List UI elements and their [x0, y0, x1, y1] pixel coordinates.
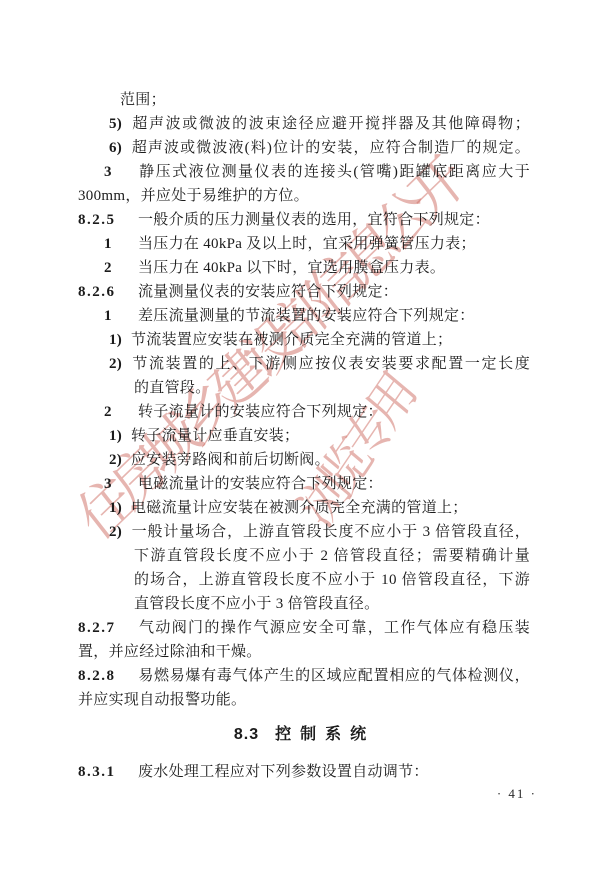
- text-line: 8.2.5一般介质的压力测量仪表的选用，宜符合下列规定：: [78, 208, 530, 232]
- text-run: 电磁流量计应安装在被测介质完全充满的管道上；: [131, 500, 468, 516]
- clause-number: 8.2.7: [78, 616, 138, 640]
- text-line: 的场合，上游直管段长度不应小于 10 倍管段直径，下游: [78, 568, 530, 592]
- text-run: 一般计量场合，上游直管段长度不应小于 3 倍管段直径，: [131, 524, 530, 540]
- item-number: 5): [109, 112, 131, 136]
- text-line: 3电磁流量计的安装应符合下列规定：: [78, 472, 530, 496]
- text-run: 节流装置的上、下游侧应按仪表安装要求配置一定长度: [131, 356, 530, 372]
- text-line: 并应实现自动报警功能。: [78, 688, 530, 712]
- text-line: 8.2.7气动阀门的操作气源应安全可靠，工作气体应有稳压装: [78, 616, 530, 640]
- page-number: · 41 ·: [497, 786, 537, 802]
- text-line: 5)超声波或微波的波束途径应避开搅拌器及其他障碍物；: [78, 112, 530, 136]
- text-line: 2)节流装置的上、下游侧应按仪表安装要求配置一定长度: [78, 352, 530, 376]
- text-run: 转子流量计应垂直安装；: [131, 428, 299, 444]
- text-run: 电磁流量计的安装应符合下列规定：: [138, 476, 383, 492]
- section-title: 控制系统: [275, 726, 375, 743]
- text-line: 2当压力在 40kPa 以下时，宜选用膜盒压力表。: [78, 256, 530, 280]
- text-line: 1)转子流量计应垂直安装；: [78, 424, 530, 448]
- clause-number: 8.3.1: [78, 760, 138, 784]
- text-line: 8.2.8易燃易爆有毒气体产生的区域应配置相应的气体检测仪，: [78, 664, 530, 688]
- clause-number: 8.2.8: [78, 664, 138, 688]
- text-run: 超声波或微波液(料)位计的安装，应符合制造厂的规定。: [131, 140, 530, 156]
- item-number: 2): [109, 448, 131, 472]
- text-line: 8.2.6流量测量仪表的安装应符合下列规定：: [78, 280, 530, 304]
- section-heading: 8.3控制系统: [0, 723, 600, 747]
- text-line: 置，并应经过除油和干燥。: [78, 640, 530, 664]
- text-line: 3静压式液位测量仪表的连接头(管嘴)距罐底距离应大于: [78, 160, 530, 184]
- text-line: 1差压流量测量的节流装置的安装应符合下列规定：: [78, 304, 530, 328]
- item-number: 2): [109, 520, 131, 544]
- text-run: 300mm，并应处于易维护的方位。: [78, 188, 309, 204]
- text-line: 1)节流装置应安装在被测介质完全充满的管道上；: [78, 328, 530, 352]
- item-number: 1): [109, 424, 131, 448]
- text-line: 1当压力在 40kPa 及以上时，宜采用弹簧管压力表；: [78, 232, 530, 256]
- document-page: 住房城乡建设部信息公开 浏览专用 范围；5)超声波或微波的波束途径应避开搅拌器及…: [0, 0, 600, 870]
- text-run: 超声波或微波的波束途径应避开搅拌器及其他障碍物；: [131, 116, 530, 132]
- text-run: 直管段长度不应小于 3 倍管段直径。: [134, 596, 379, 612]
- text-run: 当压力在 40kPa 以下时，宜选用膜盒压力表。: [138, 260, 445, 276]
- clause-number: 8.2.5: [78, 208, 138, 232]
- item-number: 2: [104, 400, 138, 424]
- text-line: 6)超声波或微波液(料)位计的安装，应符合制造厂的规定。: [78, 136, 530, 160]
- section-number: 8.3: [234, 726, 259, 743]
- item-number: 2: [104, 256, 138, 280]
- text-run: 气动阀门的操作气源应安全可靠，工作气体应有稳压装: [138, 620, 530, 636]
- item-number: 2): [109, 352, 131, 376]
- item-number: 3: [104, 472, 138, 496]
- text-run: 废水处理工程应对下列参数设置自动调节：: [138, 764, 429, 780]
- text-run: 范围；: [120, 92, 166, 108]
- text-line: 300mm，并应处于易维护的方位。: [78, 184, 530, 208]
- item-number: 6): [109, 136, 131, 160]
- text-run: 的直管段。: [134, 380, 211, 396]
- text-line: 范围；: [78, 88, 530, 112]
- text-line: 的直管段。: [78, 376, 530, 400]
- text-run: 流量测量仪表的安装应符合下列规定：: [138, 284, 398, 300]
- text-run: 置，并应经过除油和干燥。: [78, 644, 262, 660]
- text-run: 并应实现自动报警功能。: [78, 692, 246, 708]
- text-run: 转子流量计的安装应符合下列规定：: [138, 404, 383, 420]
- text-line: 8.3.1废水处理工程应对下列参数设置自动调节：: [78, 760, 530, 784]
- text-line: 1)电磁流量计应安装在被测介质完全充满的管道上；: [78, 496, 530, 520]
- text-line: 直管段长度不应小于 3 倍管段直径。: [78, 592, 530, 616]
- text-run: 应安装旁路阀和前后切断阀。: [131, 452, 330, 468]
- text-run: 差压流量测量的节流装置的安装应符合下列规定：: [138, 308, 475, 324]
- item-number: 1): [109, 328, 131, 352]
- text-run: 的场合，上游直管段长度不应小于 10 倍管段直径，下游: [134, 572, 530, 588]
- item-number: 3: [104, 160, 138, 184]
- text-run: 一般介质的压力测量仪表的选用，宜符合下列规定：: [138, 212, 490, 228]
- body-text: 范围；5)超声波或微波的波束途径应避开搅拌器及其他障碍物；6)超声波或微波液(料…: [78, 88, 530, 712]
- item-number: 1: [104, 232, 138, 256]
- text-line: 下游直管段长度不应小于 2 倍管段直径；需要精确计量: [78, 544, 530, 568]
- text-run: 下游直管段长度不应小于 2 倍管段直径；需要精确计量: [134, 548, 530, 564]
- item-number: 1: [104, 304, 138, 328]
- text-line: 2)应安装旁路阀和前后切断阀。: [78, 448, 530, 472]
- clause-number: 8.2.6: [78, 280, 138, 304]
- text-run: 节流装置应安装在被测介质完全充满的管道上；: [131, 332, 452, 348]
- item-number: 1): [109, 496, 131, 520]
- clause-8-3-1: 8.3.1废水处理工程应对下列参数设置自动调节：: [78, 760, 530, 784]
- text-run: 易燃易爆有毒气体产生的区域应配置相应的气体检测仪，: [138, 668, 530, 684]
- text-run: 当压力在 40kPa 及以上时，宜采用弹簧管压力表；: [138, 236, 476, 252]
- text-line: 2转子流量计的安装应符合下列规定：: [78, 400, 530, 424]
- text-line: 2)一般计量场合，上游直管段长度不应小于 3 倍管段直径，: [78, 520, 530, 544]
- text-run: 静压式液位测量仪表的连接头(管嘴)距罐底距离应大于: [138, 164, 530, 180]
